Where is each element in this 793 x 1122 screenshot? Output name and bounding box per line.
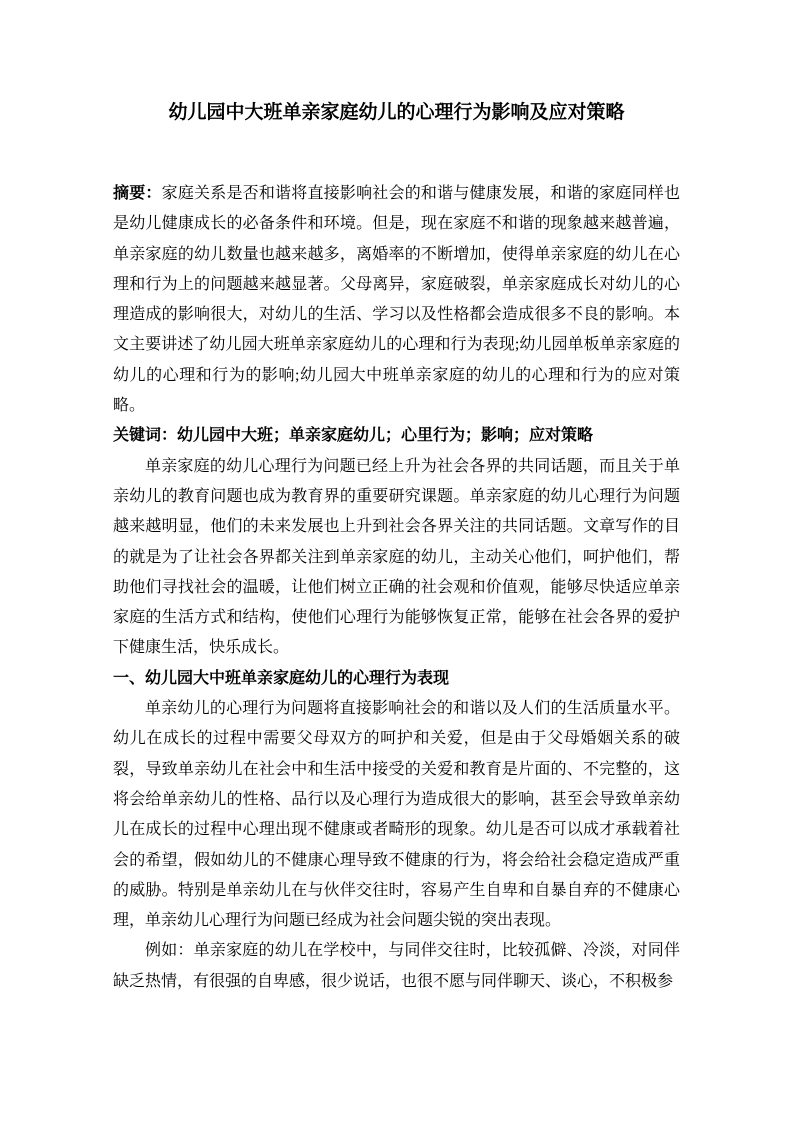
document-body: 摘要：家庭关系是否和谐将直接影响社会的和谐与健康发展，和谐的家庭同样也是幼儿健康…: [113, 179, 680, 997]
abstract-label: 摘要：: [113, 185, 162, 202]
document-page: 幼儿园中大班单亲家庭幼儿的心理行为影响及应对策略 摘要：家庭关系是否和谐将直接影…: [0, 0, 793, 1122]
abstract-paragraph: 摘要：家庭关系是否和谐将直接影响社会的和谐与健康发展，和谐的家庭同样也是幼儿健康…: [113, 179, 680, 421]
keywords-line: 关键词：幼儿园中大班；单亲家庭幼儿；心里行为；影响；应对策略: [113, 421, 680, 451]
intro-paragraph: 单亲家庭的幼儿心理行为问题已经上升为社会各界的共同话题，而且关于单亲幼儿的教育问…: [113, 452, 680, 664]
section1-heading: 一、幼儿园大中班单亲家庭幼儿的心理行为表现: [113, 664, 680, 694]
abstract-text: 家庭关系是否和谐将直接影响社会的和谐与健康发展，和谐的家庭同样也是幼儿健康成长的…: [113, 185, 680, 414]
section1-paragraph-1: 单亲幼儿的心理行为问题将直接影响社会的和谐以及人们的生活质量水平。幼儿在成长的过…: [113, 694, 680, 936]
section1-paragraph-2: 例如：单亲家庭的幼儿在学校中，与同伴交往时，比较孤僻、冷淡，对同伴缺乏热情，有很…: [113, 936, 680, 997]
document-title: 幼儿园中大班单亲家庭幼儿的心理行为影响及应对策略: [113, 96, 680, 130]
